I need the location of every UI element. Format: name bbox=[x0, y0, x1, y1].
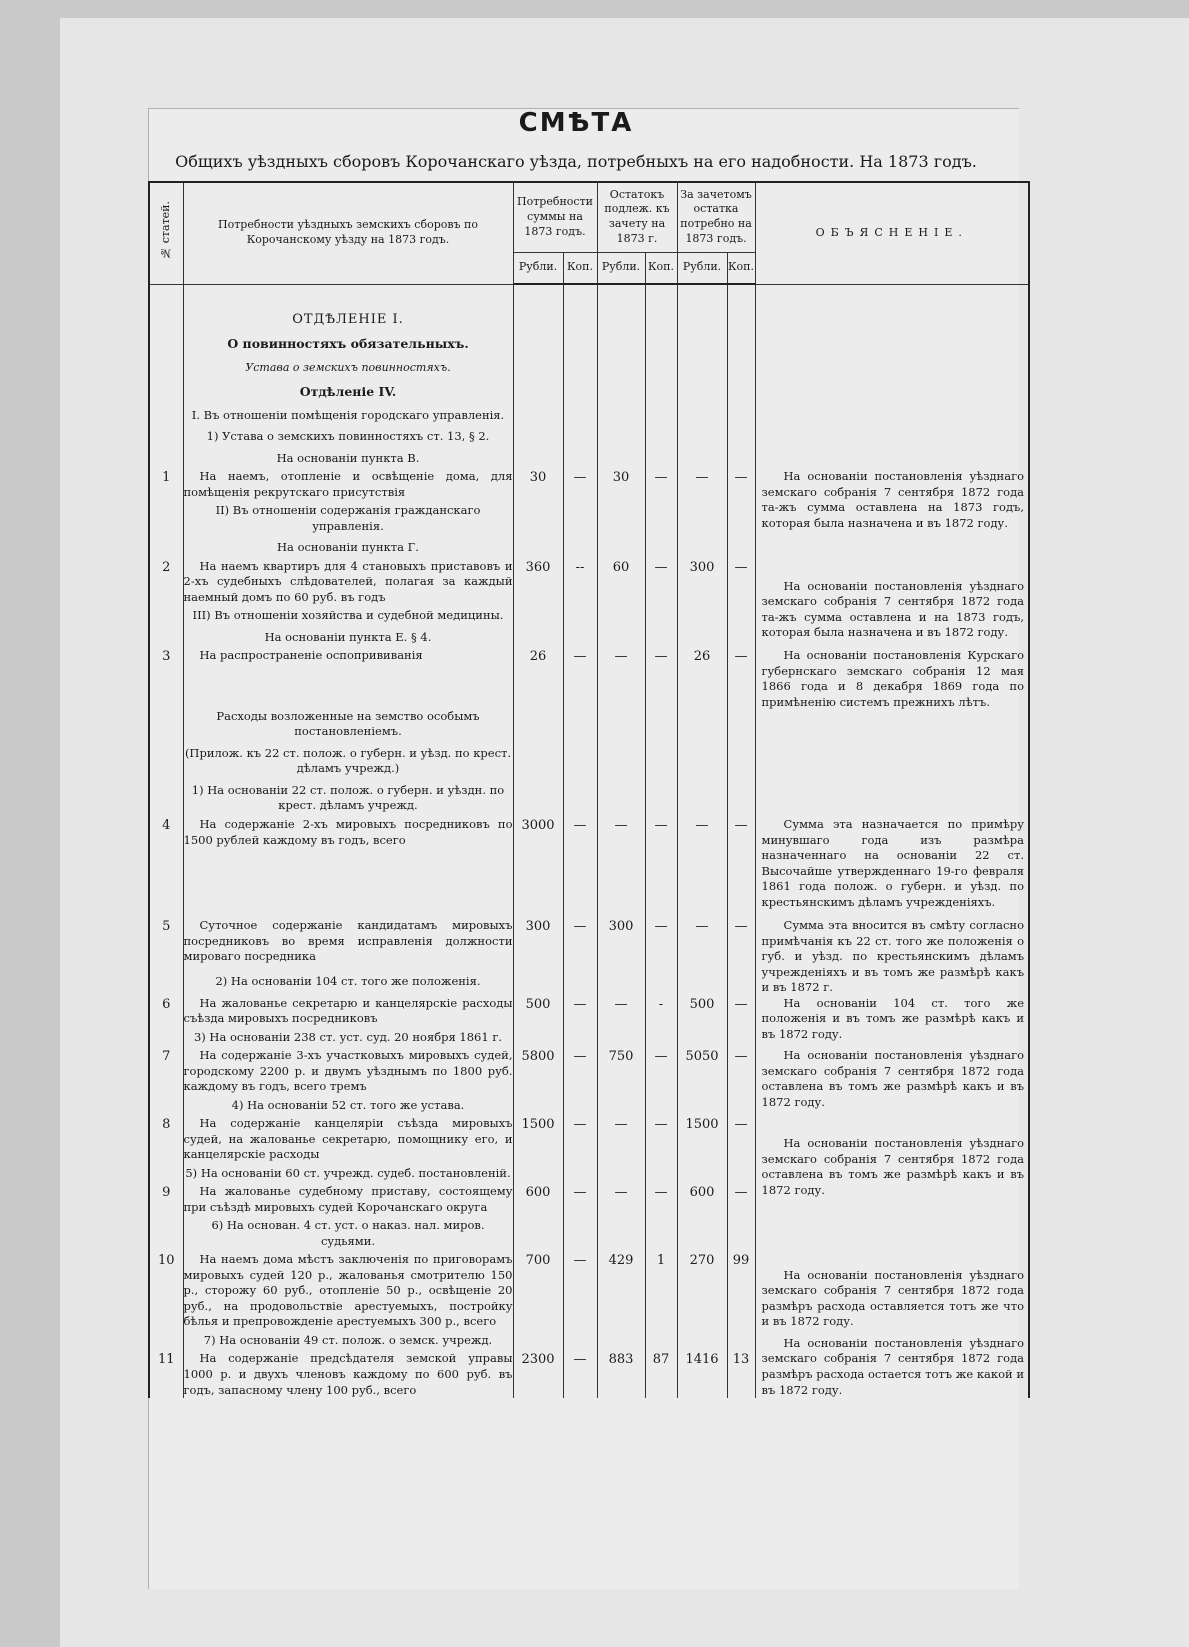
header-explanation: ОБЪЯСНЕНІЕ. bbox=[755, 182, 1029, 284]
after-rub: 5050 bbox=[677, 1048, 727, 1095]
header-article-number: № статей. bbox=[149, 182, 183, 284]
need-rub: 600 bbox=[513, 1184, 563, 1215]
article-number: 5 bbox=[149, 918, 183, 971]
remainder-kop: 1 bbox=[645, 1252, 677, 1330]
item-description: На содержаніе 3-хъ участковыхъ мировыхъ … bbox=[184, 1048, 513, 1095]
remainder-rub: — bbox=[597, 648, 645, 666]
remainder-kop: — bbox=[645, 817, 677, 910]
explanation-text: На основаніи постановленія уѣзднаго земс… bbox=[762, 469, 1025, 531]
section-statute: Устава о земскихъ повинностяхъ. bbox=[184, 357, 513, 380]
need-rub: 300 bbox=[513, 918, 563, 971]
article-number: 11 bbox=[149, 1351, 183, 1398]
remainder-kop: — bbox=[645, 1184, 677, 1215]
header-after-offset: За зачетомъ остатка потребно на 1873 год… bbox=[677, 182, 755, 252]
document-subtitle: Общихъ уѣздныхъ сборовъ Корочанскаго уѣз… bbox=[148, 152, 1004, 171]
remainder-kop: - bbox=[645, 996, 677, 1027]
subheading: 3) На основаніи 238 ст. уст. суд. 20 ноя… bbox=[184, 1027, 513, 1049]
remainder-rub: 750 bbox=[597, 1048, 645, 1095]
after-kop: — bbox=[727, 648, 755, 666]
special-expenses-heading: Расходы возложенные на земство особымъ п… bbox=[184, 706, 513, 743]
after-kop: 99 bbox=[727, 1252, 755, 1330]
explanation-text: Сумма эта назначается по примѣру минувша… bbox=[762, 817, 1025, 910]
item-description: На содержаніе предсѣдателя земской управ… bbox=[184, 1351, 513, 1398]
subheading: На основаніи пункта Г. bbox=[184, 537, 513, 559]
section-header-row: 7) На основаніи 49 ст. полож. о земск. у… bbox=[149, 1330, 1029, 1352]
after-kop: — bbox=[727, 817, 755, 910]
item-description: На наемъ квартиръ для 4 становыхъ приста… bbox=[184, 559, 513, 606]
item-description: На жалованье судебному приставу, состоящ… bbox=[184, 1184, 513, 1215]
subheading: 1) На основаніи 22 ст. полож. о губерн. … bbox=[184, 780, 513, 817]
article-number: 8 bbox=[149, 1116, 183, 1163]
after-kop: — bbox=[727, 918, 755, 971]
subheading: 2) На основаніи 104 ст. того же положені… bbox=[184, 971, 513, 993]
document-title: СМѢТА bbox=[148, 108, 1004, 138]
header-kop: Коп. bbox=[563, 252, 597, 284]
subheading: 1) Устава о земскихъ повинностяхъ ст. 13… bbox=[184, 426, 513, 448]
need-rub: 3000 bbox=[513, 817, 563, 910]
remainder-kop: — bbox=[645, 1048, 677, 1095]
need-rub: 2300 bbox=[513, 1351, 563, 1398]
article-number: 10 bbox=[149, 1252, 183, 1330]
after-kop: — bbox=[727, 559, 755, 606]
explanation-text: На основаніи постановленія уѣзднаго земс… bbox=[762, 1048, 1025, 1110]
remainder-rub: 30 bbox=[597, 469, 645, 500]
remainder-rub: — bbox=[597, 817, 645, 910]
article-number: 7 bbox=[149, 1048, 183, 1095]
need-rub: 30 bbox=[513, 469, 563, 500]
header-rub: Рубли. bbox=[513, 252, 563, 284]
need-rub: 26 bbox=[513, 648, 563, 666]
after-rub: 1500 bbox=[677, 1116, 727, 1163]
need-kop: — bbox=[563, 918, 597, 971]
header-need-1873: Потребности суммы на 1873 годъ. bbox=[513, 182, 597, 252]
subheading: 7) На основаніи 49 ст. полож. о земск. у… bbox=[184, 1330, 513, 1352]
need-rub: 500 bbox=[513, 996, 563, 1027]
after-rub: 500 bbox=[677, 996, 727, 1027]
explanation-text: На основаніи постановленія Курскаго губе… bbox=[762, 648, 1025, 710]
after-kop: — bbox=[727, 469, 755, 500]
special-expenses-note: (Прилож. къ 22 ст. полож. о губерн. и уѣ… bbox=[184, 743, 513, 780]
table-row: 8 На содержаніе канцеляріи съѣзда мировы… bbox=[149, 1116, 1029, 1163]
remainder-rub: 60 bbox=[597, 559, 645, 606]
subheading: II) Въ отношеніи содержанія гражданскаго… bbox=[184, 500, 513, 537]
item-description: Суточное содержаніе кандидатамъ мировыхъ… bbox=[184, 918, 513, 965]
explanation-text: На основаніи постановленія уѣзднаго земс… bbox=[762, 1336, 1025, 1398]
remainder-rub: — bbox=[597, 1116, 645, 1163]
after-rub: — bbox=[677, 918, 727, 971]
item-description: На содержаніе 2-хъ мировыхъ посредниковъ… bbox=[184, 817, 513, 848]
remainder-kop: — bbox=[645, 648, 677, 666]
subheading: На основаніи пункта Е. § 4. bbox=[184, 627, 513, 649]
need-rub: 360 bbox=[513, 559, 563, 606]
need-kop: — bbox=[563, 996, 597, 1027]
header-remainder: Остатокъ подлеж. къ зачету на 1873 г. bbox=[597, 182, 677, 252]
after-rub: — bbox=[677, 469, 727, 500]
header-kop: Коп. bbox=[645, 252, 677, 284]
explanation-text: На основаніи постановленія уѣзднаго земс… bbox=[762, 1268, 1025, 1330]
explanation-text: На основаніи постановленія уѣзднаго земс… bbox=[762, 1136, 1025, 1198]
remainder-kop: — bbox=[645, 918, 677, 971]
need-rub: 5800 bbox=[513, 1048, 563, 1095]
need-kop: -- bbox=[563, 559, 597, 606]
after-rub: 1416 bbox=[677, 1351, 727, 1398]
table-row: 7 На содержаніе 3-хъ участковыхъ мировых… bbox=[149, 1048, 1029, 1095]
subheading: 6) На основан. 4 ст. уст. о наказ. нал. … bbox=[184, 1215, 513, 1252]
table-row: 2 На наемъ квартиръ для 4 становыхъ прис… bbox=[149, 559, 1029, 606]
after-rub: 600 bbox=[677, 1184, 727, 1215]
table-row: 10 На наемъ дома мѣстъ заключенія по при… bbox=[149, 1252, 1029, 1330]
need-rub: 1500 bbox=[513, 1116, 563, 1163]
table-row: 1 На наемъ, отопленіе и освѣщеніе дома, … bbox=[149, 469, 1029, 500]
subheading: На основаніи пункта В. bbox=[184, 448, 513, 470]
subheading: 4) На основаніи 52 ст. того же устава. bbox=[184, 1095, 513, 1117]
after-kop: — bbox=[727, 1184, 755, 1215]
remainder-kop: — bbox=[645, 1116, 677, 1163]
remainder-kop: — bbox=[645, 469, 677, 500]
remainder-rub: — bbox=[597, 1184, 645, 1215]
explanation-text: На основаніи 104 ст. того же положенія и… bbox=[762, 996, 1025, 1043]
subheading: 5) На основаніи 60 ст. учрежд. судеб. по… bbox=[184, 1163, 513, 1185]
header-rub: Рубли. bbox=[677, 252, 727, 284]
after-kop: — bbox=[727, 996, 755, 1027]
need-kop: — bbox=[563, 1184, 597, 1215]
section-header-row: ОТДѢЛЕНІЕ I. О повинностяхъ обязательных… bbox=[149, 284, 1029, 469]
subsection-title: Отдѣленіе IV. bbox=[184, 380, 513, 405]
header-rub: Рубли. bbox=[597, 252, 645, 284]
article-number: 6 bbox=[149, 996, 183, 1027]
subheading: III) Въ отношеніи хозяйства и судебной м… bbox=[184, 605, 513, 627]
after-rub: 26 bbox=[677, 648, 727, 666]
after-kop: — bbox=[727, 1048, 755, 1095]
need-kop: — bbox=[563, 1252, 597, 1330]
after-kop: — bbox=[727, 1116, 755, 1163]
article-number: 1 bbox=[149, 469, 183, 500]
remainder-rub: 300 bbox=[597, 918, 645, 971]
section-title: ОТДѢЛЕНІЕ I. bbox=[184, 307, 513, 333]
item-description: На наемъ, отопленіе и освѣщеніе дома, дл… bbox=[184, 469, 513, 500]
after-rub: 300 bbox=[677, 559, 727, 606]
need-kop: — bbox=[563, 1116, 597, 1163]
item-description: На содержаніе канцеляріи съѣзда мировыхъ… bbox=[184, 1116, 513, 1163]
explanation-text: Сумма эта вносится въ смѣту согласно при… bbox=[762, 918, 1025, 996]
need-kop: — bbox=[563, 469, 597, 500]
title-block: СМѢТА Общихъ уѣздныхъ сборовъ Корочанска… bbox=[148, 108, 1004, 183]
article-number: 9 bbox=[149, 1184, 183, 1215]
remainder-rub: 429 bbox=[597, 1252, 645, 1330]
section-subtitle: О повинностяхъ обязательныхъ. bbox=[184, 332, 513, 357]
table-row: 3 На распространеніе оспопрививанія 26 —… bbox=[149, 648, 1029, 666]
remainder-rub: 883 bbox=[597, 1351, 645, 1398]
article-number: 4 bbox=[149, 817, 183, 910]
header-description: Потребности уѣздныхъ земскихъ сборовъ по… bbox=[183, 182, 513, 284]
after-kop: 13 bbox=[727, 1351, 755, 1398]
remainder-kop: 87 bbox=[645, 1351, 677, 1398]
after-rub: — bbox=[677, 817, 727, 910]
table-row: 5 Суточное содержаніе кандидатамъ мировы… bbox=[149, 918, 1029, 971]
section-header-row: 6) На основан. 4 ст. уст. о наказ. нал. … bbox=[149, 1215, 1029, 1252]
budget-table: № статей. Потребности уѣздныхъ земскихъ … bbox=[148, 181, 1030, 1398]
need-rub: 700 bbox=[513, 1252, 563, 1330]
article-number: 2 bbox=[149, 559, 183, 606]
item-description: На распространеніе оспопрививанія bbox=[184, 648, 513, 664]
after-rub: 270 bbox=[677, 1252, 727, 1330]
article-number: 3 bbox=[149, 648, 183, 666]
header-kop: Коп. bbox=[727, 252, 755, 284]
item-description: На жалованье секретарю и канцелярскіе ра… bbox=[184, 996, 513, 1027]
remainder-rub: — bbox=[597, 996, 645, 1027]
table-row: 4 На содержаніе 2-хъ мировыхъ посреднико… bbox=[149, 817, 1029, 910]
need-kop: — bbox=[563, 817, 597, 910]
need-kop: — bbox=[563, 1048, 597, 1095]
need-kop: — bbox=[563, 648, 597, 666]
need-kop: — bbox=[563, 1351, 597, 1398]
table-row: 6 На жалованье секретарю и канцелярскіе … bbox=[149, 996, 1029, 1027]
subheading: I. Въ отношеніи помѣщенія городскаго упр… bbox=[184, 405, 513, 427]
explanation-text: На основаніи постановленія уѣзднаго земс… bbox=[762, 579, 1025, 641]
item-description: На наемъ дома мѣстъ заключенія по пригов… bbox=[184, 1252, 513, 1330]
remainder-kop: — bbox=[645, 559, 677, 606]
